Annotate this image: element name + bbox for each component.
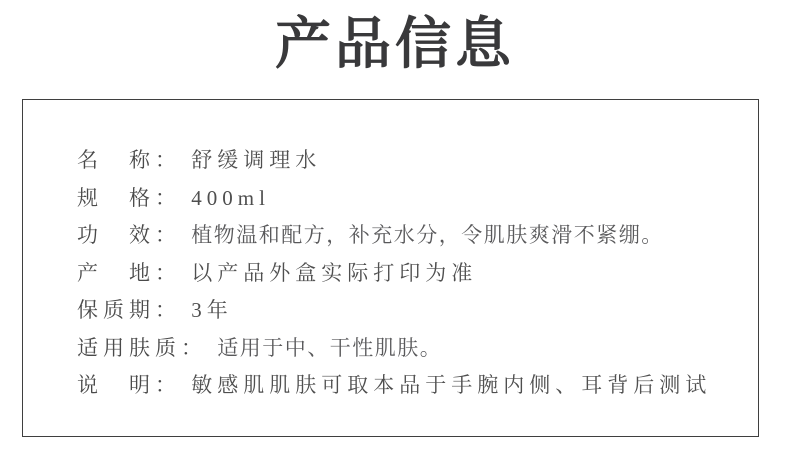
effect-label: 功 效： <box>77 223 181 247</box>
product-info-page: 产品信息 名 称： 舒缓调理水 规 格： 400ml 功 效： 植物温和配方，补… <box>0 0 790 468</box>
info-row-effect: 功 效： 植物温和配方，补充水分，令肌肤爽滑不紧绷。 <box>77 217 738 255</box>
effect-value: 植物温和配方，补充水分，令肌肤爽滑不紧绷。 <box>191 224 664 247</box>
origin-label: 产 地： <box>77 261 181 285</box>
info-row-name: 名 称： 舒缓调理水 <box>77 142 738 180</box>
info-row-origin: 产 地： 以产品外盒实际打印为准 <box>77 255 738 293</box>
info-row-skin-type: 适用肤质： 适用于中、干性肌肤。 <box>77 330 738 368</box>
shelf-life-label: 保质期： <box>77 298 181 322</box>
skin-type-value: 适用于中、干性肌肤。 <box>217 337 442 360</box>
name-value: 舒缓调理水 <box>191 148 321 172</box>
note-label: 说 明： <box>77 373 181 397</box>
name-label: 名 称： <box>77 148 181 172</box>
origin-value: 以产品外盒实际打印为准 <box>191 261 477 285</box>
page-title: 产品信息 <box>0 8 790 80</box>
spec-value: 400ml <box>191 186 270 210</box>
spec-label: 规 格： <box>77 186 181 210</box>
info-row-note: 说 明： 敏感肌肌肤可取本品于手腕内侧、耳背后测试 <box>77 367 738 405</box>
info-row-shelf-life: 保质期： 3年 <box>77 292 738 330</box>
skin-type-label: 适用肤质： <box>77 336 207 360</box>
product-info-box: 名 称： 舒缓调理水 规 格： 400ml 功 效： 植物温和配方，补充水分，令… <box>22 99 759 437</box>
shelf-life-value: 3年 <box>191 298 233 322</box>
info-row-spec: 规 格： 400ml <box>77 180 738 218</box>
note-value: 敏感肌肌肤可取本品于手腕内侧、耳背后测试 <box>191 373 711 397</box>
